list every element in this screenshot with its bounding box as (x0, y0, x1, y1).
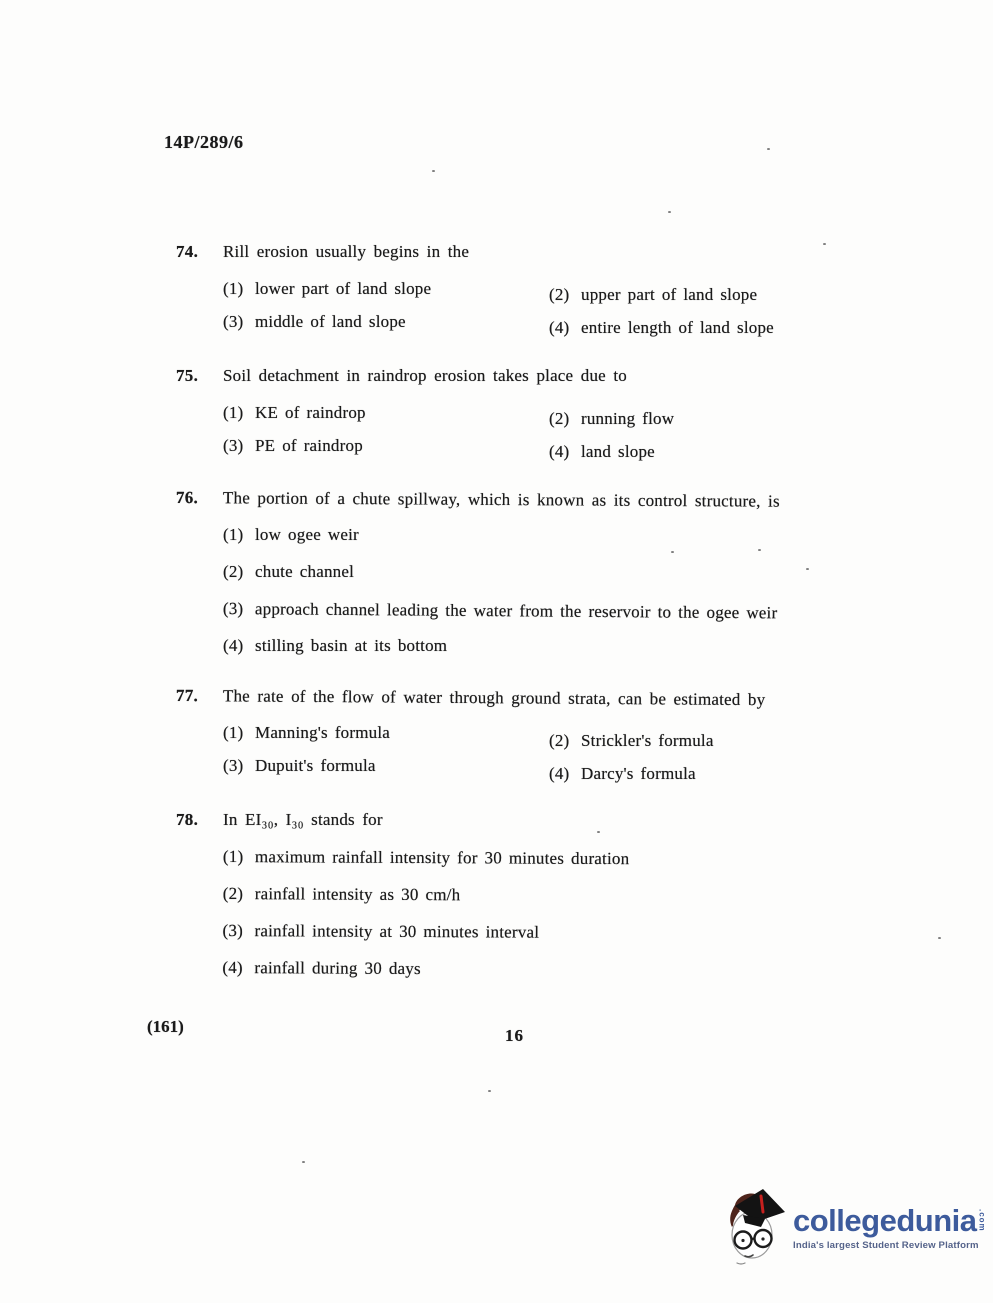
scan-speck (432, 170, 435, 172)
option-text: low ogee weir (255, 524, 359, 546)
scan-speck (302, 1161, 305, 1163)
question-number: 74. (176, 242, 223, 262)
option-4: (4) entire length of land slope (549, 317, 916, 339)
option-label: (2) (549, 408, 581, 430)
options: (1) low ogee weir (2) chute channel (3) … (223, 524, 916, 657)
option-label: (1) (223, 846, 255, 868)
option-2: (2) upper part of land slope (549, 284, 916, 306)
options: (1) KE of raindrop (2) running flow (3) … (223, 402, 916, 457)
scan-speck (767, 148, 770, 150)
question-number: 75. (176, 366, 223, 386)
question-head: 75. Soil detachment in raindrop erosion … (176, 366, 916, 386)
option-label: (4) (222, 957, 254, 979)
option-4: (4) land slope (549, 441, 916, 463)
question-number: 77. (176, 686, 223, 706)
collegedunia-logo: collegedunia .com India's largest Studen… (725, 1187, 985, 1267)
option-2: (2) running flow (549, 408, 916, 430)
option-text: rainfall intensity at 30 minutes interva… (254, 920, 539, 943)
collegedunia-mascot-icon (725, 1187, 789, 1267)
option-label: (3) (223, 598, 255, 620)
option-1: (1) low ogee weir (223, 524, 916, 546)
brand-suffix: .com (977, 1209, 985, 1232)
option-text: upper part of land slope (581, 284, 757, 306)
option-label: (3) (223, 435, 255, 457)
option-label: (2) (549, 730, 581, 752)
option-3: (3) approach channel leading the water f… (223, 598, 916, 625)
question-head: 78. In EI₃₀, I₃₀ stands for (176, 810, 916, 830)
option-text: PE of raindrop (255, 435, 363, 457)
question-78: 78. In EI₃₀, I₃₀ stands for (1) maximum … (176, 810, 916, 994)
option-text: Manning's formula (255, 722, 390, 744)
option-1: (1) lower part of land slope (223, 278, 549, 300)
option-4: (4) stilling basin at its bottom (223, 635, 916, 657)
option-3: (3) PE of raindrop (223, 435, 549, 457)
option-3: (3) Dupuit's formula (223, 755, 549, 777)
option-label: (3) (223, 311, 255, 333)
option-1: (1) KE of raindrop (223, 402, 549, 424)
option-4: (4) Darcy's formula (549, 763, 916, 785)
option-3: (3) middle of land slope (223, 311, 549, 333)
option-text: entire length of land slope (581, 317, 774, 339)
scan-speck (668, 211, 671, 213)
option-label: (3) (222, 920, 254, 942)
option-label: (1) (223, 524, 255, 546)
question-text: Rill erosion usually begins in the (223, 242, 469, 262)
option-label: (1) (223, 722, 255, 744)
question-77: 77. The rate of the flow of water throug… (176, 686, 916, 777)
option-text: Dupuit's formula (255, 755, 376, 777)
booklet-series-code: (161) (147, 1017, 184, 1037)
question-76: 76. The portion of a chute spillway, whi… (176, 488, 916, 672)
logo-text: collegedunia .com India's largest Studen… (793, 1204, 985, 1251)
brand-name: collegedunia (793, 1204, 976, 1237)
option-label: (2) (549, 284, 581, 306)
option-text: chute channel (255, 561, 354, 583)
question-head: 76. The portion of a chute spillway, whi… (176, 488, 916, 513)
brand-tagline: India's largest Student Review Platform (793, 1240, 985, 1251)
option-label: (4) (549, 441, 581, 463)
scan-speck (671, 551, 674, 553)
options: (1) Manning's formula (2) Strickler's fo… (223, 722, 916, 777)
option-3: (3) rainfall intensity at 30 minutes int… (222, 920, 915, 946)
question-head: 77. The rate of the flow of water throug… (176, 686, 916, 711)
question-74: 74. Rill erosion usually begins in the (… (176, 242, 916, 333)
scanned-exam-page: 14P/289/6 74. Rill erosion usually begin… (0, 0, 993, 1303)
option-text: middle of land slope (255, 311, 406, 333)
option-text: running flow (581, 408, 674, 430)
scan-speck (806, 568, 809, 570)
question-number: 76. (176, 488, 223, 508)
option-text: Strickler's formula (581, 730, 714, 752)
option-label: (4) (549, 763, 581, 785)
scan-speck (938, 937, 941, 939)
option-text: rainfall during 30 days (254, 957, 421, 980)
page-number: 16 (505, 1026, 524, 1046)
option-text: lower part of land slope (255, 278, 431, 300)
option-label: (4) (223, 635, 255, 657)
option-2: (2) chute channel (223, 561, 916, 583)
option-text: rainfall intensity as 30 cm/h (255, 883, 461, 906)
question-text: In EI₃₀, I₃₀ stands for (223, 810, 383, 830)
option-2: (2) rainfall intensity as 30 cm/h (223, 883, 916, 909)
option-1: (1) maximum rainfall intensity for 30 mi… (223, 846, 916, 872)
option-label: (1) (223, 402, 255, 424)
option-text: approach channel leading the water from … (255, 598, 778, 624)
question-text: Soil detachment in raindrop erosion take… (223, 366, 627, 386)
scan-speck (488, 1090, 491, 1092)
paper-code: 14P/289/6 (164, 132, 244, 153)
option-label: (2) (223, 561, 255, 583)
question-75: 75. Soil detachment in raindrop erosion … (176, 366, 916, 457)
option-text: maximum rainfall intensity for 30 minute… (255, 846, 630, 870)
option-label: (2) (223, 883, 255, 905)
option-text: KE of raindrop (255, 402, 366, 424)
question-head: 74. Rill erosion usually begins in the (176, 242, 916, 262)
options: (1) maximum rainfall intensity for 30 mi… (222, 846, 916, 983)
question-number: 78. (176, 810, 223, 830)
scan-speck (758, 549, 761, 551)
option-text: stilling basin at its bottom (255, 635, 447, 657)
scan-speck (597, 831, 600, 833)
option-label: (1) (223, 278, 255, 300)
option-1: (1) Manning's formula (223, 722, 549, 744)
option-text: Darcy's formula (581, 763, 696, 785)
option-label: (3) (223, 755, 255, 777)
option-text: land slope (581, 441, 655, 463)
question-text: The portion of a chute spillway, which i… (223, 488, 780, 511)
option-4: (4) rainfall during 30 days (222, 957, 915, 983)
scan-speck (823, 243, 826, 245)
option-label: (4) (549, 317, 581, 339)
option-2: (2) Strickler's formula (549, 730, 916, 752)
options: (1) lower part of land slope (2) upper p… (223, 278, 916, 333)
question-text: The rate of the flow of water through gr… (223, 686, 766, 710)
